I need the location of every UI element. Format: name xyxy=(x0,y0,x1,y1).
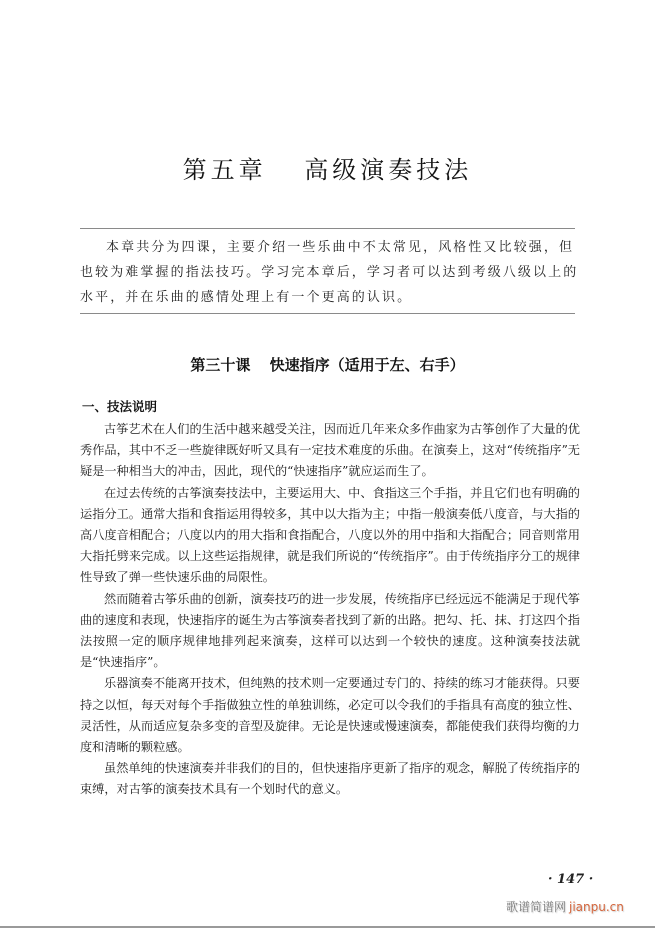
paragraph: 乐器演奏不能离开技术，但纯熟的技术则一定要通过专门的、持续的练习才能获得。只要持… xyxy=(80,673,580,758)
watermark-chinese: 歌谱简谱网 xyxy=(506,900,566,914)
paragraph: 然而随着古筝乐曲的创新，演奏技巧的进一步发展，传统指序已经远远不能满足于现代筝曲… xyxy=(80,589,580,674)
chapter-name: 高级演奏技法 xyxy=(304,156,472,184)
page-number: · 147 · xyxy=(548,872,593,887)
chapter-number: 第五章 xyxy=(183,156,267,184)
intro-top-rule xyxy=(80,228,575,229)
section-heading: 一、技法说明 xyxy=(82,397,157,415)
lesson-title: 第三十课 快速指序（适用于左、右手） xyxy=(0,354,655,375)
chapter-title: 第五章 高级演奏技法 xyxy=(0,150,655,185)
intro-bottom-rule xyxy=(80,313,575,314)
lesson-number: 第三十课 xyxy=(190,356,250,374)
paragraph: 虽然单纯的快速演奏并非我们的目的，但快速指序更新了指序的观念，解脱了传统指序的束… xyxy=(80,758,580,800)
watermark-latin: jianpu.cn xyxy=(569,900,624,914)
watermark: 歌谱简谱网jianpu.cn xyxy=(506,898,624,915)
body-text: 古筝艺术在人们的生活中越来越受关注，因而近几年来众多作曲家为古筝创作了大量的优秀… xyxy=(80,419,580,801)
lesson-name: 快速指序（适用于左、右手） xyxy=(270,356,465,374)
paragraph: 古筝艺术在人们的生活中越来越受关注，因而近几年来众多作曲家为古筝创作了大量的优秀… xyxy=(80,419,580,483)
chapter-intro: 本章共分为四课，主要介绍一些乐曲中不太常见，风格性又比较强，但也较为难掌握的指法… xyxy=(80,235,580,310)
paragraph: 在过去传统的古筝演奏技法中，主要运用大、中、食指这三个手指，并且它们也有明确的运… xyxy=(80,483,580,589)
